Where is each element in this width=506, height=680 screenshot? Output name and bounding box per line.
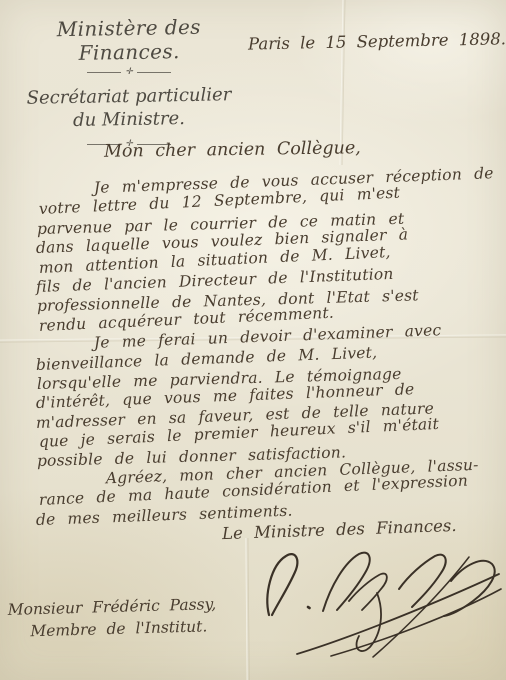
letter-page: Ministère des Finances. ✛ Secrétariat pa…: [0, 0, 506, 680]
signature-scrawl: [231, 537, 503, 659]
letter-body: Je m'empresse de vous accuser réception …: [36, 181, 488, 530]
cross-divider-icon: ✛: [18, 68, 240, 77]
letterhead-office-line1: Secrétariat particulier: [18, 84, 240, 109]
letterhead-ministry: Ministère des Finances.: [18, 14, 241, 66]
salutation: Mon cher ancien Collègue,: [104, 138, 361, 162]
recipient-title: Membre de l'Institut.: [30, 617, 217, 640]
letterhead: Ministère des Finances. ✛ Secrétariat pa…: [18, 16, 240, 149]
dateline: Paris le 15 Septembre 1898.: [248, 29, 500, 53]
recipient-name: Monsieur Frédéric Passy,: [7, 595, 216, 619]
signature-svg: [231, 537, 503, 659]
cross-glyph: ✛: [125, 68, 133, 77]
recipient-block: Monsieur Frédéric Passy, Membre de l'Ins…: [7, 595, 217, 641]
letterhead-office-line2: du Ministre.: [18, 107, 240, 132]
